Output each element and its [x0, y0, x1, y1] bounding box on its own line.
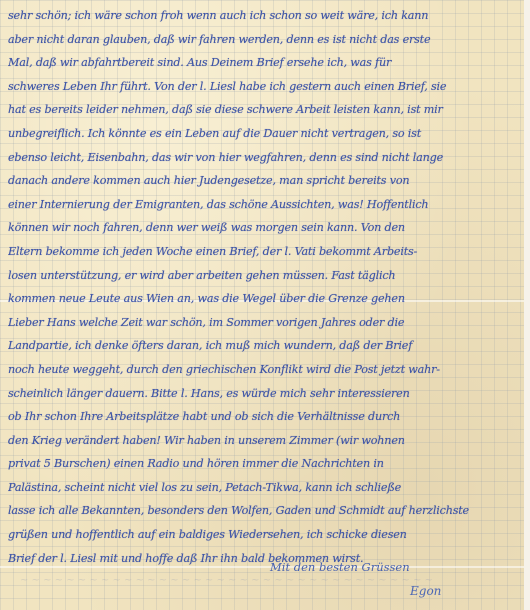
letter-line: Mal, daß wir abfahrtbereit sind. Aus Dei…	[8, 51, 523, 75]
letter-signature: Egon	[410, 584, 441, 598]
letter-line: Brief der l. Liesl mit und hoffe daß Ihr…	[8, 547, 523, 571]
letter-line: Eltern bekomme ich jeden Woche einen Bri…	[8, 240, 523, 264]
letter-page: sehr schön; ich wäre schon froh wenn auc…	[0, 0, 530, 610]
letter-line: scheinlich länger dauern. Bitte l. Hans,…	[8, 382, 523, 406]
paper-edge	[524, 0, 530, 610]
letter-line: den Krieg verändert haben! Wir haben in …	[8, 429, 523, 453]
letter-line: Landpartie, ich denke öfters daran, ich …	[8, 334, 523, 358]
letter-line: einer Internierung der Emigranten, das s…	[8, 193, 523, 217]
letter-line: aber nicht daran glauben, daß wir fahren…	[8, 28, 523, 52]
letter-line: unbegreiflich. Ich könnte es ein Leben a…	[8, 122, 523, 146]
letter-line: Palästina, scheint nicht viel los zu sei…	[8, 476, 523, 500]
letter-line: ob Ihr schon Ihre Arbeitsplätze habt und…	[8, 405, 523, 429]
letter-line: danach andere kommen auch hier Judengese…	[8, 169, 523, 193]
letter-body: sehr schön; ich wäre schon froh wenn auc…	[8, 4, 523, 570]
letter-line: ebenso leicht, Eisenbahn, das wir von hi…	[8, 146, 523, 170]
letter-line: grüßen und hoffentlich auf ein baldiges …	[8, 523, 523, 547]
letter-line: Lieber Hans welche Zeit war schön, im So…	[8, 311, 523, 335]
letter-line: noch heute weggeht, durch den griechisch…	[8, 358, 523, 382]
letter-line: hat es bereits leider nehmen, daß sie di…	[8, 98, 523, 122]
letter-line: kommen neue Leute aus Wien an, was die W…	[8, 287, 523, 311]
letter-line: privat 5 Burschen) einen Radio und hören…	[8, 452, 523, 476]
letter-line: sehr schön; ich wäre schon froh wenn auc…	[8, 4, 523, 28]
letter-line: losen unterstützung, er wird aber arbeit…	[8, 264, 523, 288]
letter-closing: Mit den besten Grüssen	[270, 560, 410, 574]
letter-line: lasse ich alle Bekannten, besonders den …	[8, 499, 523, 523]
letter-line: können wir noch fahren, denn wer weiß wa…	[8, 216, 523, 240]
letter-line: schweres Leben Ihr führt. Von der l. Lie…	[8, 75, 523, 99]
